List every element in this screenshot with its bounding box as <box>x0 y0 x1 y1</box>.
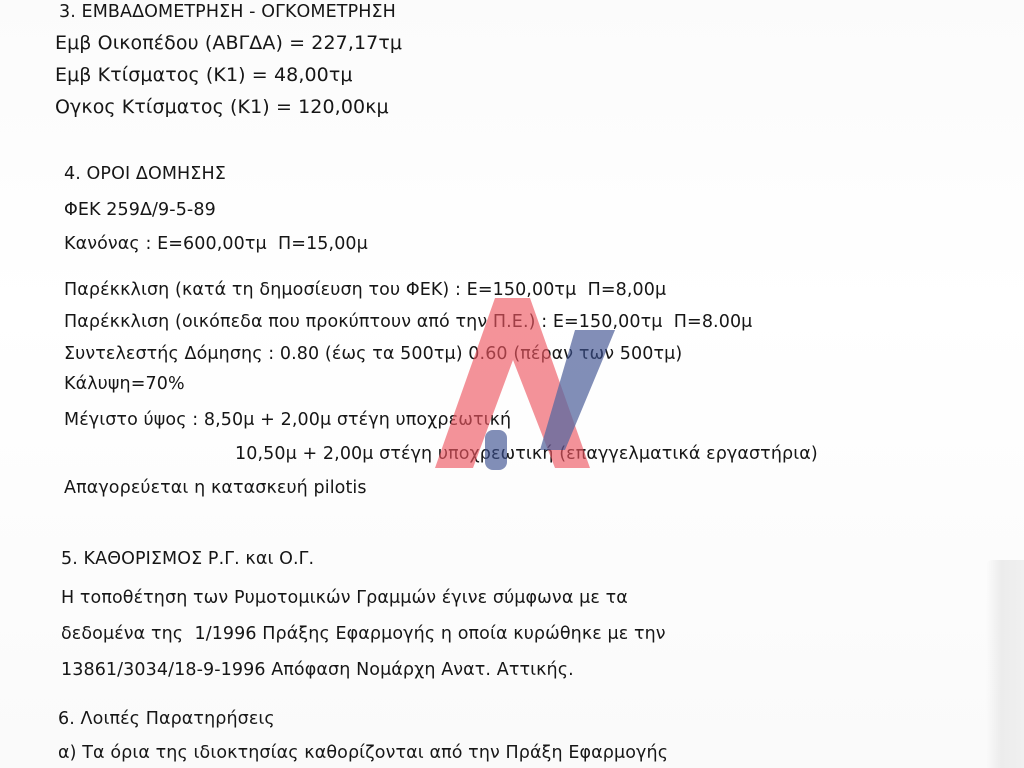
plot-area-text: Εμβ Οικοπέδου (ΑΒΓΔΑ) = 227,17τμ <box>55 34 402 53</box>
exception-pe-text: Παρέκκλιση (οικόπεδα που προκύπτουν από … <box>64 314 752 332</box>
section-5-heading: 5. ΚΑΘΟΡΙΣΜΟΣ Ρ.Γ. και Ο.Γ. <box>61 551 314 569</box>
section-5-line-2: δεδομένα της 1/1996 Πράξης Εφαρμογής η ο… <box>61 626 666 644</box>
rule-text: Κανόνας : Ε=600,00τμ Π=15,00μ <box>64 236 368 254</box>
section-3-heading: 3. ΕΜΒΑΔΟΜΕΤΡΗΣΗ - ΟΓΚΟΜΕΤΡΗΣΗ <box>59 4 396 22</box>
max-height-text: Μέγιστο ύψος : 8,50μ + 2,00μ στέγη υποχρ… <box>64 412 511 430</box>
building-coefficient-text: Συντελεστής Δόμησης : 0.80 (έως τα 500τμ… <box>64 346 682 364</box>
fek-reference-text: ΦΕΚ 259Δ/9-5-89 <box>64 202 216 220</box>
section-5-line-1: Η τοποθέτηση των Ρυμοτομικών Γραμμών έγι… <box>61 590 628 608</box>
exception-fek-text: Παρέκκλιση (κατά τη δημοσίευση του ΦΕΚ) … <box>64 282 666 300</box>
page-edge-shadow <box>986 560 1024 768</box>
coverage-text: Κάλυψη=70% <box>64 376 185 394</box>
pilotis-prohibited-text: Απαγορεύεται η κατασκευή pilotis <box>64 480 367 498</box>
document-page: 3. ΕΜΒΑΔΟΜΕΤΡΗΣΗ - ΟΓΚΟΜΕΤΡΗΣΗ Εμβ Οικοπ… <box>0 0 1024 768</box>
section-4-heading: 4. ΟΡΟΙ ΔΟΜΗΣΗΣ <box>64 166 226 184</box>
section-6-line-1: α) Τα όρια της ιδιοκτησίας καθορίζονται … <box>58 745 668 763</box>
building-volume-text: Ογκος Κτίσματος (Κ1) = 120,00κμ <box>55 98 389 117</box>
building-area-text: Εμβ Κτίσματος (Κ1) = 48,00τμ <box>55 66 353 85</box>
max-height-workshops-text: 10,50μ + 2,00μ στέγη υποχρεωτική (επαγγε… <box>235 446 818 464</box>
section-6-heading: 6. Λοιπές Παρατηρήσεις <box>58 711 275 729</box>
section-5-line-3: 13861/3034/18-9-1996 Απόφαση Νομάρχη Ανα… <box>61 662 574 680</box>
